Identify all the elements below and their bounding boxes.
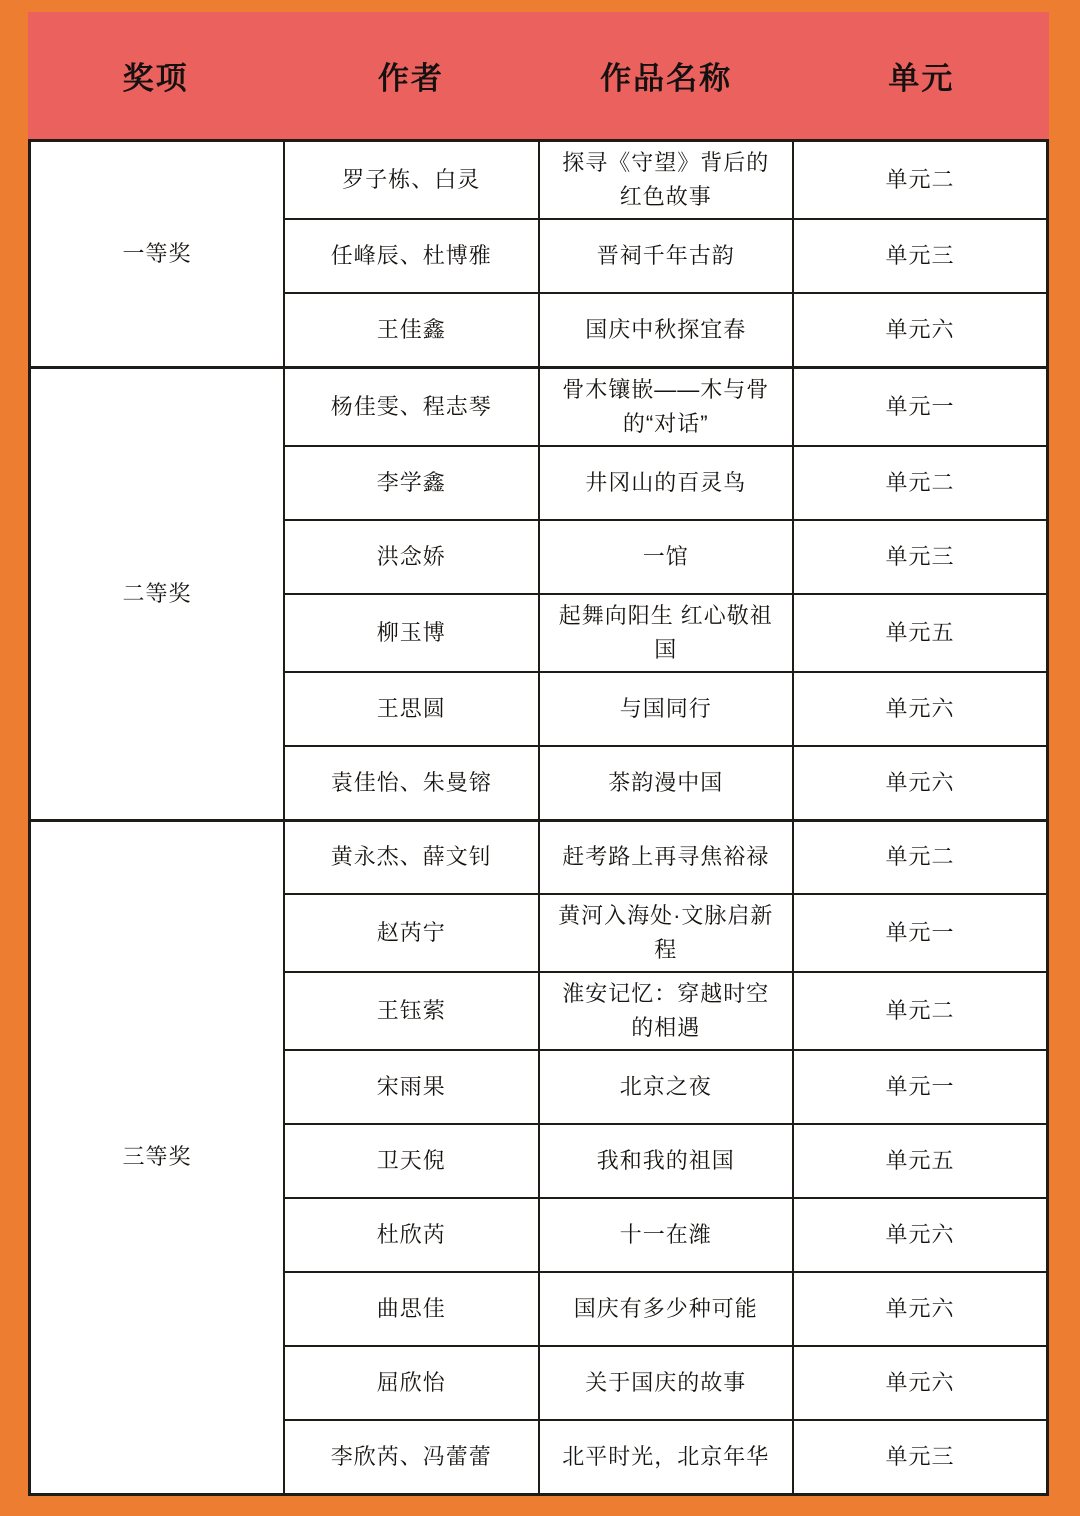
unit-cell: 单元六 <box>793 1272 1048 1346</box>
unit-cell: 单元一 <box>793 367 1048 446</box>
author-cell: 曲思佳 <box>284 1272 539 1346</box>
page-background: 奖项 作者 作品名称 单元 一等奖罗子栋、白灵探寻《守望》背后的红色故事单元二任… <box>0 0 1080 1516</box>
work-cell: 国庆有多少种可能 <box>539 1272 794 1346</box>
author-cell: 赵芮宁 <box>284 894 539 972</box>
work-cell: 我和我的祖国 <box>539 1124 794 1198</box>
author-cell: 杨佳雯、程志琴 <box>284 367 539 446</box>
header-cell-unit: 单元 <box>794 53 1049 98</box>
awards-table-body: 一等奖罗子栋、白灵探寻《守望》背后的红色故事单元二任峰辰、杜博雅晋祠千年古韵单元… <box>30 141 1048 1495</box>
unit-cell: 单元二 <box>793 446 1048 520</box>
table-row: 二等奖杨佳雯、程志琴骨木镶嵌——木与骨的“对话”单元一 <box>30 367 1048 446</box>
author-cell: 宋雨果 <box>284 1050 539 1124</box>
unit-cell: 单元六 <box>793 293 1048 367</box>
work-cell: 骨木镶嵌——木与骨的“对话” <box>539 367 794 446</box>
header-cell-award: 奖项 <box>28 53 283 98</box>
author-cell: 洪念娇 <box>284 520 539 594</box>
author-cell: 黄永杰、薛文钊 <box>284 820 539 894</box>
work-cell: 起舞向阳生 红心敬祖国 <box>539 594 794 672</box>
work-cell: 十一在潍 <box>539 1198 794 1272</box>
unit-cell: 单元三 <box>793 219 1048 293</box>
unit-cell: 单元三 <box>793 520 1048 594</box>
author-cell: 王佳鑫 <box>284 293 539 367</box>
unit-cell: 单元三 <box>793 1420 1048 1494</box>
work-cell: 淮安记忆：穿越时空的相遇 <box>539 972 794 1050</box>
table-row: 三等奖黄永杰、薛文钊赶考路上再寻焦裕禄单元二 <box>30 820 1048 894</box>
unit-cell: 单元二 <box>793 141 1048 220</box>
author-cell: 罗子栋、白灵 <box>284 141 539 220</box>
unit-cell: 单元二 <box>793 972 1048 1050</box>
awards-table: 一等奖罗子栋、白灵探寻《守望》背后的红色故事单元二任峰辰、杜博雅晋祠千年古韵单元… <box>28 139 1049 1496</box>
unit-cell: 单元六 <box>793 746 1048 820</box>
unit-cell: 单元六 <box>793 1346 1048 1420</box>
author-cell: 李欣芮、冯蕾蕾 <box>284 1420 539 1494</box>
award-cell: 三等奖 <box>30 820 285 1494</box>
author-cell: 王思圆 <box>284 672 539 746</box>
work-cell: 井冈山的百灵鸟 <box>539 446 794 520</box>
author-cell: 任峰辰、杜博雅 <box>284 219 539 293</box>
author-cell: 王钰萦 <box>284 972 539 1050</box>
author-cell: 杜欣芮 <box>284 1198 539 1272</box>
unit-cell: 单元一 <box>793 1050 1048 1124</box>
work-cell: 茶韵漫中国 <box>539 746 794 820</box>
unit-cell: 单元五 <box>793 594 1048 672</box>
work-cell: 北平时光，北京年华 <box>539 1420 794 1494</box>
work-cell: 国庆中秋探宜春 <box>539 293 794 367</box>
author-cell: 卫天倪 <box>284 1124 539 1198</box>
work-cell: 与国同行 <box>539 672 794 746</box>
author-cell: 屈欣怡 <box>284 1346 539 1420</box>
unit-cell: 单元二 <box>793 820 1048 894</box>
author-cell: 李学鑫 <box>284 446 539 520</box>
work-cell: 晋祠千年古韵 <box>539 219 794 293</box>
unit-cell: 单元六 <box>793 1198 1048 1272</box>
work-cell: 探寻《守望》背后的红色故事 <box>539 141 794 220</box>
unit-cell: 单元五 <box>793 1124 1048 1198</box>
author-cell: 柳玉博 <box>284 594 539 672</box>
work-cell: 北京之夜 <box>539 1050 794 1124</box>
work-cell: 赶考路上再寻焦裕禄 <box>539 820 794 894</box>
work-cell: 关于国庆的故事 <box>539 1346 794 1420</box>
award-cell: 一等奖 <box>30 141 285 368</box>
header-cell-author: 作者 <box>283 53 538 98</box>
author-cell: 袁佳怡、朱曼镕 <box>284 746 539 820</box>
award-cell: 二等奖 <box>30 367 285 820</box>
work-cell: 黄河入海处·文脉启新程 <box>539 894 794 972</box>
header-cell-work: 作品名称 <box>539 53 794 98</box>
unit-cell: 单元一 <box>793 894 1048 972</box>
table-row: 一等奖罗子栋、白灵探寻《守望》背后的红色故事单元二 <box>30 141 1048 220</box>
awards-sheet: 奖项 作者 作品名称 单元 一等奖罗子栋、白灵探寻《守望》背后的红色故事单元二任… <box>28 12 1049 1483</box>
work-cell: 一馆 <box>539 520 794 594</box>
table-header: 奖项 作者 作品名称 单元 <box>28 12 1049 139</box>
unit-cell: 单元六 <box>793 672 1048 746</box>
